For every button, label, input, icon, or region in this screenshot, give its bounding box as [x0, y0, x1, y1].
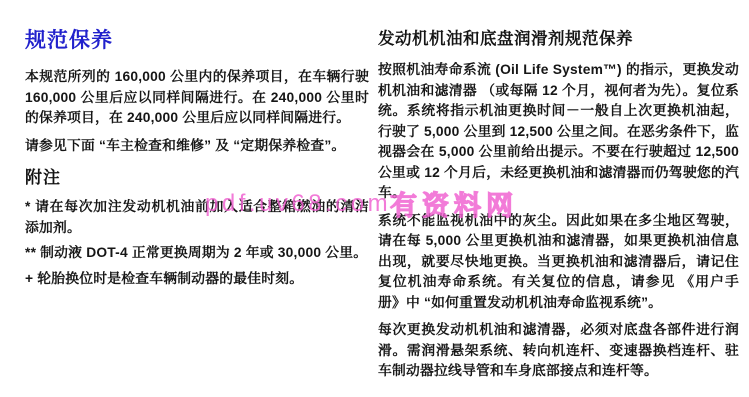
paragraph-see-below-reference: 请参见下面 “车主检查和维修” 及 “定期保养检查”。 [25, 136, 369, 157]
paragraph-dust-monitoring: 系统不能监视机油中的灰尘。因此如果在多尘地区驾驶，请在每 5,000 公里更换机… [378, 211, 739, 314]
right-column: 发动机机油和底盘润滑剂规范保养 按照机油寿命系流 (Oil Life Syste… [378, 25, 739, 389]
note-item-brake-fluid: ** 制动液 DOT-4 正常更换周期为 2 年或 30,000 公里。 [25, 243, 369, 264]
section-title-maintenance-schedule: 规范保养 [25, 24, 369, 54]
paragraph-oil-life-system: 按照机油寿命系流 (Oil Life System™) 的指示，更换发动机机油和… [378, 60, 739, 204]
notes-heading: 附注 [25, 163, 369, 188]
paragraph-chassis-lubrication: 每次更换发动机机油和滤清器，必须对底盘各部件进行润滑。需润滑悬架系统、转向机连杆… [378, 320, 739, 382]
manual-document-page: 规范保养 本规范所列的 160,000 公里内的保养项目，在车辆行驶 160,0… [0, 0, 749, 397]
note-item-tire-rotation: + 轮胎换位时是检查车辆制动器的最佳时刻。 [25, 269, 369, 290]
left-column: 规范保养 本规范所列的 160,000 公里内的保养项目，在车辆行驶 160,0… [25, 24, 369, 294]
section-title-engine-oil-chassis-lubricant: 发动机机油和底盘润滑剂规范保养 [378, 25, 739, 49]
note-item-fuel-cleaner: * 请在每次加注发动机机油前加入适合整箱燃油的清洁添加剂。 [25, 197, 369, 238]
paragraph-maintenance-intervals: 本规范所列的 160,000 公里内的保养项目，在车辆行驶 160,000 公里… [25, 67, 369, 129]
